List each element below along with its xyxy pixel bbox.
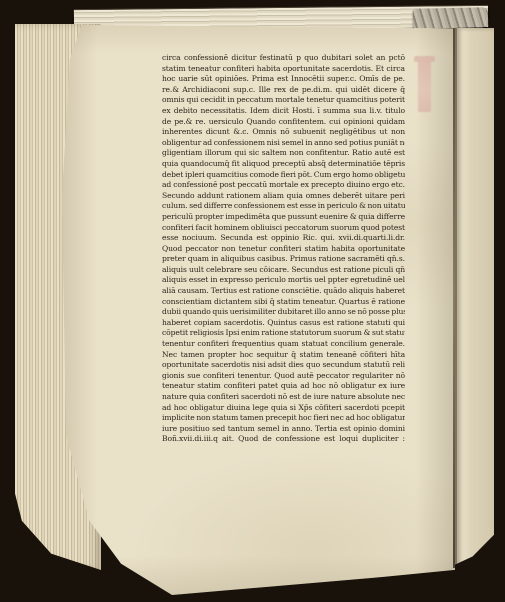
text-line: Nec tamen propter hoc sequitur q̄ statim…	[162, 350, 405, 361]
text-line: dubii quando quis uerisimiliter dubitare…	[162, 307, 405, 318]
text-line: debet ipleri quamcitius comode fieri pōt…	[162, 170, 405, 181]
book-endband	[413, 7, 488, 29]
text-line: oportunitate sacerdotis nisi adsit dies …	[162, 360, 405, 371]
text-line: esse nociuum. Secunda est oppinio Ric. q…	[162, 233, 405, 244]
text-line: cōpetit religiosis Ipsi enim ratione sta…	[162, 328, 405, 339]
text-line: preter quam in aliquibus casibus. Primus…	[162, 254, 405, 265]
text-line: ex debito necessitatis. Idem dicit Hosti…	[162, 106, 405, 117]
text-line: aliquis uult celebrare seu cōicare. Secu…	[162, 265, 405, 276]
text-line: Boñ.xvii.di.iii.q ait. Quod de confessio…	[162, 434, 405, 445]
book-photograph: { "scene": { "kind": "scanned incunabulu…	[0, 0, 505, 602]
text-line: de pe.& re. uersiculo Quando confitentem…	[162, 117, 405, 128]
text-line: culum. sed differre confessionem est ess…	[162, 201, 405, 212]
text-line: Secundo addunt rationem aliam quia omnes…	[162, 191, 405, 202]
text-line: hoc uarie sūt opiniōes. Prima est Innocē…	[162, 74, 405, 85]
text-line: ad hoc obligatur diuina lege quia si Xp̄…	[162, 403, 405, 414]
text-line: quia quandocumq̄ fit aliquod preceptū ab…	[162, 159, 405, 170]
latin-text-block: circa confessionē dicitur festinatū p qu…	[162, 53, 405, 445]
text-line: gligentiam illorum qui sic saltem non co…	[162, 148, 405, 159]
text-line: aliā causam. Tertius est ratione consciē…	[162, 286, 405, 297]
text-line: inherentes dicunt &.c. Omnis nō subuenit…	[162, 127, 405, 138]
text-line: omnis qui cecidit in peccatum mortale te…	[162, 95, 405, 106]
text-line: tenentur confiteri frequentius quam stat…	[162, 339, 405, 350]
text-line: re.& Archidiaconi sup.c. Ille rex de pe.…	[162, 85, 405, 96]
page-fore-edge-line	[453, 28, 455, 568]
text-line: teneatur statim confiteri patet quia ad …	[162, 381, 405, 392]
text-line: periculū propter impedimēta que pussunt …	[162, 212, 405, 223]
text-line: iure positiuo sed tantum semel in anno. …	[162, 424, 405, 435]
text-line: implicite non statum tamen precepit hoc …	[162, 413, 405, 424]
text-line: confiteri facit hominem obliuisci peccat…	[162, 223, 405, 234]
text-line: conscientiam dictantem sibi q̄ statim te…	[162, 297, 405, 308]
text-line: nature quia confiteri sacerdoti nō est d…	[162, 392, 405, 403]
text-line: ad confessionē post peccatū mortale ex p…	[162, 180, 405, 191]
text-line: circa confessionē dicitur festinatū p qu…	[162, 53, 405, 64]
facing-page-sliver	[455, 28, 494, 570]
text-line: haberet copiam sacerdotis. Quintus casus…	[162, 318, 405, 329]
text-line: statim teneatur confiteri habita oportun…	[162, 64, 405, 75]
text-line: Quod peccator non tenetur confiteri stat…	[162, 244, 405, 255]
faded-red-rubric-stroke	[418, 58, 431, 112]
text-line: gionis sue confiteri tenentur. Quod autē…	[162, 371, 405, 382]
text-line: obligentur ad confessionem nisi semel in…	[162, 138, 405, 149]
text-line: aliquis esset in expresso periculo morti…	[162, 275, 405, 286]
